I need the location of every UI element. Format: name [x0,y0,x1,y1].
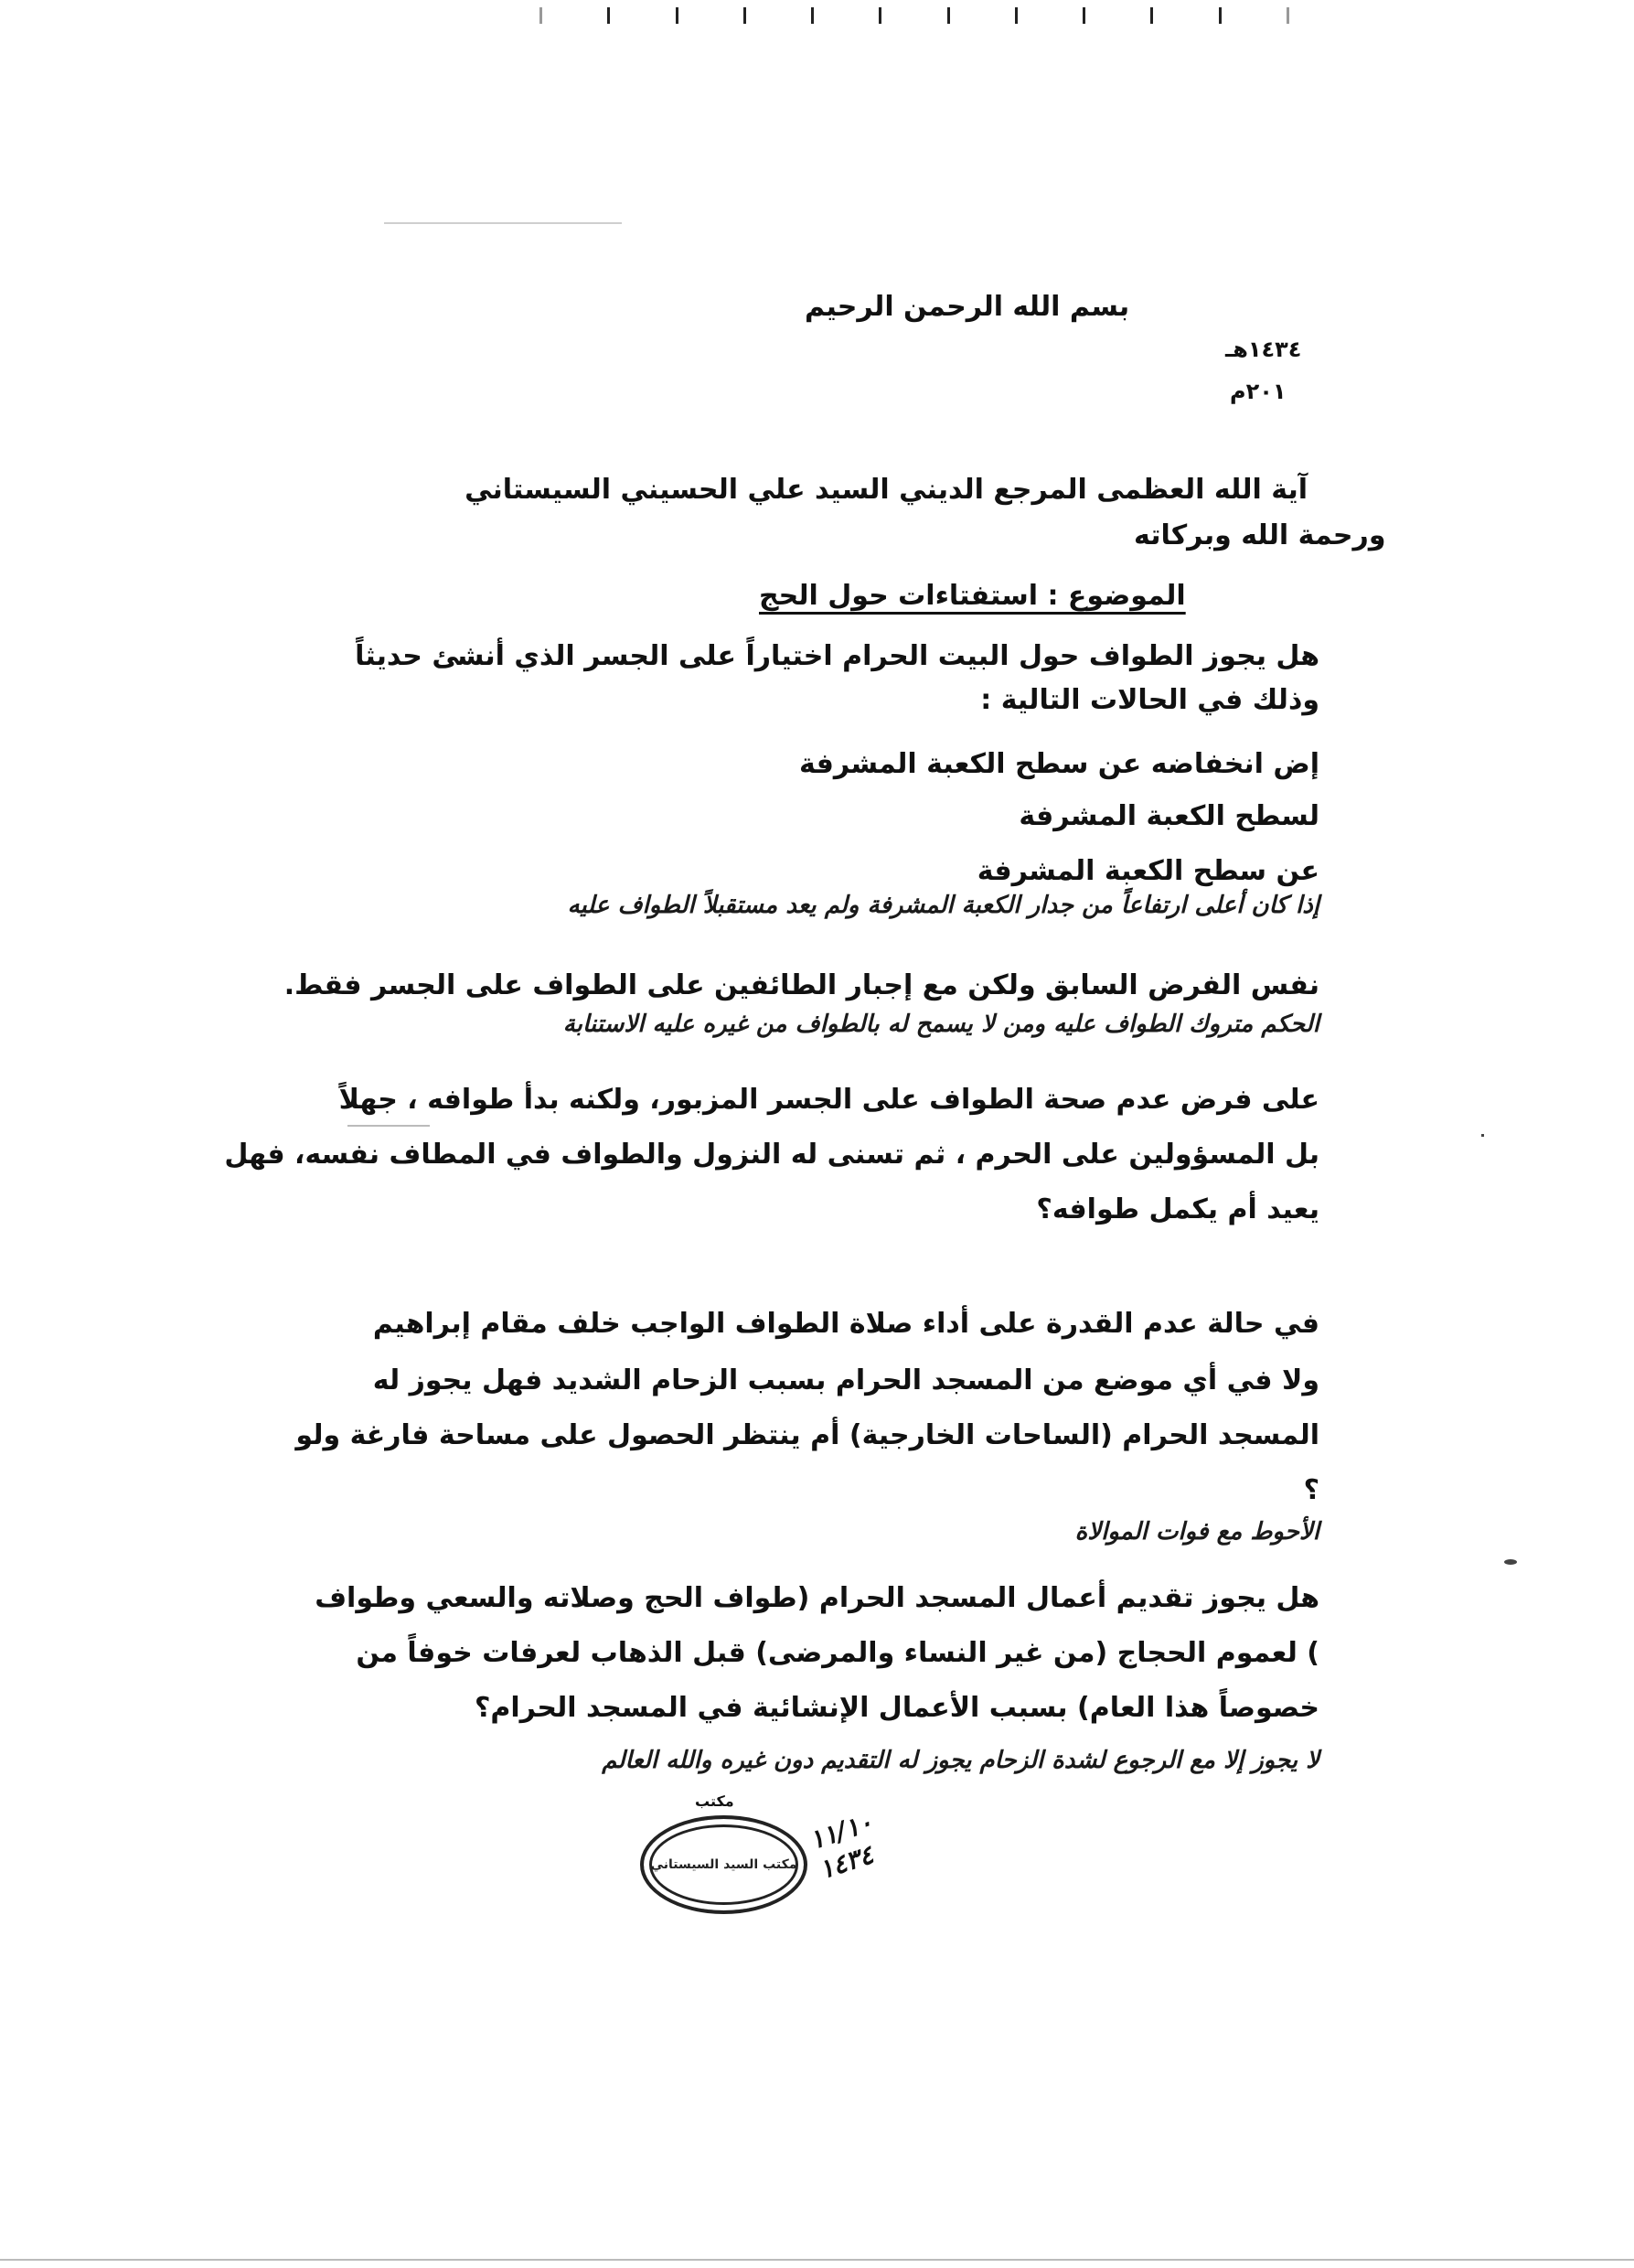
question-4-line-3: المسجد الحرام (الساحات الخارجية) أم ينتظ… [530,1419,1319,1451]
scan-bottom-edge [0,2259,1634,2261]
question-4-line-4: ؟ [1262,1474,1319,1506]
question-2-handwritten-answer: الحكم متروك الطواف عليه ومن لا يسمح له ب… [549,1011,1319,1038]
addressee-line: آية الله العظمى المرجع الديني السيد علي … [640,474,1308,506]
scanned-page: بسم الله الرحمن الرحيم ١٤٣٤هـ ٢٠١م آية ا… [0,0,1634,2268]
date-gregorian: ٢٠١م [1230,379,1287,404]
question-1-case-b: لسطح الكعبة المشرفة [1006,800,1319,832]
question-4-line-2: ولا في أي موضع من المسجد الحرام بسبب الز… [530,1364,1319,1396]
tick-mark [811,7,814,24]
question-2-line-1: نفس الفرض السابق ولكن مع إجبار الطائفين … [533,969,1319,1001]
tick-mark [676,7,678,24]
greeting-line: ورحمة الله وبركاته [1134,519,1385,551]
subject-line: الموضوع : استفتاءات حول الحج [759,580,1186,612]
stamp-header: مكتب [695,1792,734,1810]
tick-mark [879,7,881,24]
scanner-tick-marks [539,7,1289,35]
question-3-line-3: يعيد أم يكمل طوافه؟ [1079,1193,1319,1225]
question-4-line-1: في حالة عدم القدرة على أداء صلاة الطواف … [530,1308,1319,1340]
question-5-line-3: خصوصاً هذا العام) بسبب الأعمال الإنشائية… [640,1692,1319,1724]
scan-artifact-dot [1504,1559,1517,1565]
question-1-line-2: وذلك في الحالات التالية : [914,684,1319,716]
tick-mark [1083,7,1085,24]
tick-mark [947,7,950,24]
question-1-handwritten-answer: إذا كان أعلى ارتفاعاً من جدار الكعبة الم… [539,892,1319,919]
question-1-case-c: عن سطح الكعبة المشرفة [1006,855,1319,887]
question-3-line-1: على فرض عدم صحة الطواف على الجسر المزبور… [430,1084,1319,1116]
question-5-line-1: هل يجوز تقديم أعمال المسجد الحرام (طواف … [530,1582,1319,1614]
question-5-line-2: ) لعموم الحجاج (من غير النساء والمرضى) ق… [530,1637,1319,1669]
tick-mark [1219,7,1222,24]
bismillah-heading: بسم الله الرحمن الرحيم [805,291,1129,323]
question-1-case-a: إض انخفاضه عن سطح الكعبة المشرفة [823,748,1319,780]
scan-artifact-line [347,1125,430,1127]
question-1-line-1: هل يجوز الطواف حول البيت الحرام اختياراً… [533,640,1319,672]
scan-artifact-line [384,222,622,224]
question-4-handwritten-answer: الأحوط مع فوات الموالاة [1033,1518,1319,1546]
date-hijri: ١٤٣٤هـ [1225,337,1301,362]
tick-mark [1015,7,1018,24]
official-stamp: مكتب السيد السيستاني [640,1815,807,1914]
handwritten-date: ١١/١٠ ١٤٣٤ [806,1807,886,1886]
question-5-handwritten-answer: لا يجوز إلا مع الرجوع لشدة الزحام يجوز ل… [558,1747,1319,1774]
stamp-text: مكتب السيد السيستاني [651,1857,797,1872]
tick-mark [607,7,610,24]
tick-mark [1287,7,1289,24]
tick-mark [1150,7,1153,24]
scan-artifact-dot [1481,1134,1484,1137]
tick-mark [539,7,542,24]
tick-mark [743,7,746,24]
question-3-line-2: بل المسؤولين على الحرم ، ثم تسنى له النز… [439,1139,1319,1171]
